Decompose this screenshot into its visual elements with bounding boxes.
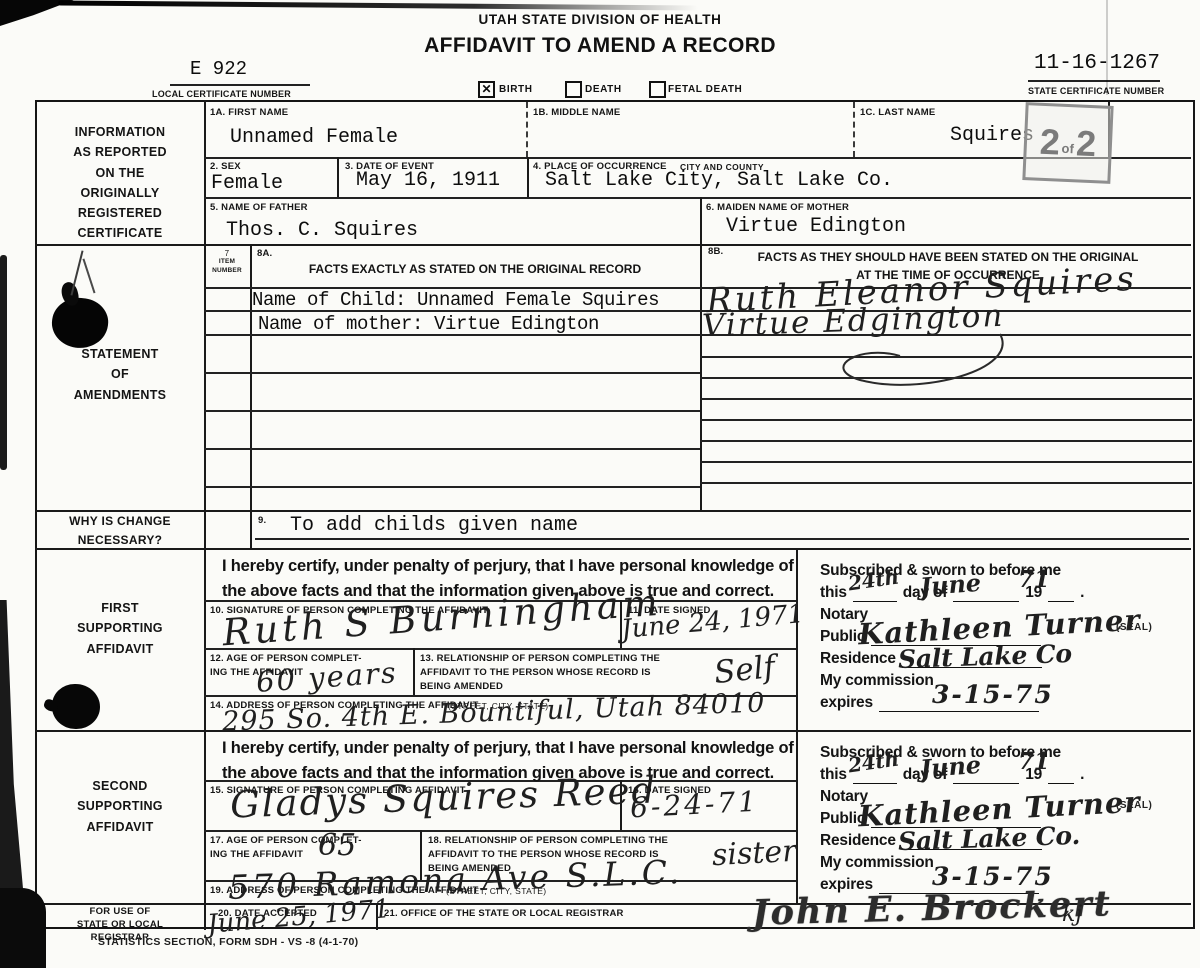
sidebar-second-affidavit: SECOND SUPPORTING AFFIDAVIT bbox=[38, 776, 202, 837]
grid-line-h bbox=[35, 730, 1191, 732]
grid-line-h bbox=[204, 830, 796, 832]
grid-line-h bbox=[35, 548, 1191, 550]
state-certificate-number: 11-16-1267 bbox=[1034, 52, 1160, 75]
father-name-value: Thos. C. Squires bbox=[226, 219, 418, 242]
amendment-row-original: Name of mother: Virtue Edington bbox=[258, 313, 599, 335]
birth-checkbox: ✕ bbox=[478, 81, 495, 98]
grid-line-h bbox=[204, 448, 700, 450]
age2-handwriting: 65 bbox=[318, 828, 356, 863]
reason-value: To add childs given name bbox=[290, 514, 578, 537]
notary-this: this bbox=[820, 766, 847, 784]
grid-line-h bbox=[204, 486, 700, 488]
sidebar-statement-of-amendments: STATEMENT OF AMENDMENTS bbox=[38, 344, 202, 405]
page-stamp-mid: of bbox=[1061, 140, 1074, 156]
registrar-initials-handwriting: kj bbox=[1062, 902, 1082, 927]
grid-line-v bbox=[413, 648, 415, 695]
scan-artifact-left-edge bbox=[0, 600, 30, 968]
notary-this: this bbox=[820, 584, 847, 602]
fetal-death-checkbox bbox=[649, 81, 666, 98]
grid-line-h bbox=[35, 244, 1191, 246]
item-col-label: ITEM NUMBER bbox=[204, 258, 250, 276]
sex-value: Female bbox=[211, 172, 283, 195]
notary-period: . bbox=[1080, 766, 1084, 784]
grid-line-v bbox=[700, 197, 702, 244]
local-certificate-number: E 922 bbox=[190, 58, 247, 80]
page-count-stamp: 2 of 2 bbox=[1022, 102, 1113, 184]
grid-line-v bbox=[527, 157, 529, 197]
grid-line-v bbox=[526, 102, 528, 157]
scan-artifact-left-edge bbox=[0, 255, 7, 470]
commission-word: My commission bbox=[820, 854, 934, 872]
seal-label: (SEAL) bbox=[1116, 800, 1152, 811]
year-blank bbox=[1048, 586, 1074, 602]
grid-line-h bbox=[255, 538, 1189, 540]
date-signed2-handwriting: 6-24-71 bbox=[629, 785, 760, 825]
mother-name-value: Virtue Edington bbox=[726, 215, 906, 238]
grid-line-h bbox=[204, 410, 700, 412]
page-stamp-left: 2 bbox=[1039, 121, 1061, 164]
amendment-row-original: Name of Child: Unnamed Female Squires bbox=[252, 289, 659, 311]
page-title: AFFIDAVIT TO AMEND A RECORD bbox=[0, 34, 1200, 58]
notary-period: . bbox=[1080, 584, 1084, 602]
middle-name-label: 1B. MIDDLE NAME bbox=[533, 106, 620, 120]
registrar-office-label: 21. OFFICE OF THE STATE OR LOCAL REGISTR… bbox=[384, 907, 624, 921]
page-stamp-right: 2 bbox=[1075, 122, 1097, 165]
notary-block-2: Subscribed & sworn to before me this day… bbox=[820, 740, 1130, 894]
grid-line-v bbox=[337, 157, 339, 197]
notary-month-handwriting: June bbox=[919, 750, 982, 783]
notary-residence-handwriting: Salt Lake Co bbox=[898, 639, 1073, 674]
form-number-footer: STATISTICS SECTION, FORM SDH - VS -8 (4-… bbox=[98, 936, 358, 948]
expires-word: expires bbox=[820, 694, 873, 712]
agency-name: UTAH STATE DIVISION OF HEALTH bbox=[0, 12, 1200, 27]
relationship1-label: 13. RELATIONSHIP OF PERSON COMPLETING TH… bbox=[420, 652, 660, 693]
first-name-label: 1A. FIRST NAME bbox=[210, 106, 288, 120]
death-checkbox-label: DEATH bbox=[585, 84, 622, 95]
last-name-label: 1C. LAST NAME bbox=[860, 106, 935, 120]
residence-word: Residence bbox=[820, 650, 896, 668]
seal-label: (SEAL) bbox=[1116, 622, 1152, 633]
first-name-value: Unnamed Female bbox=[230, 126, 398, 149]
grid-line-h bbox=[700, 440, 1192, 442]
mother-name-label: 6. MAIDEN NAME OF MOTHER bbox=[706, 201, 849, 215]
year-blank bbox=[1048, 768, 1074, 784]
scan-artifact-top-streak bbox=[58, 0, 698, 10]
commission-word: My commission bbox=[820, 672, 934, 690]
residence-word: Residence bbox=[820, 832, 896, 850]
grid-line-v bbox=[853, 102, 855, 157]
grid-line-h bbox=[204, 197, 1191, 199]
notary-month-handwriting: June bbox=[919, 568, 982, 601]
grid-line-v bbox=[204, 100, 206, 930]
father-name-label: 5. NAME OF FATHER bbox=[210, 201, 308, 215]
grid-line-h bbox=[204, 372, 700, 374]
grid-line-h bbox=[35, 510, 1191, 512]
grid-line-h bbox=[700, 398, 1192, 400]
relationship2-handwriting: sister bbox=[711, 834, 797, 873]
notary-block-1: Subscribed & sworn to before me this day… bbox=[820, 558, 1130, 712]
sidebar-original-info: INFORMATION AS REPORTED ON THE ORIGINALL… bbox=[38, 122, 202, 244]
col-8a-number: 8A. bbox=[257, 247, 272, 261]
col-8a-heading: FACTS EXACTLY AS STATED ON THE ORIGINAL … bbox=[250, 260, 700, 278]
sidebar-first-affidavit: FIRST SUPPORTING AFFIDAVIT bbox=[38, 598, 202, 659]
birth-checkbox-label: BIRTH bbox=[499, 84, 533, 95]
relationship1-handwriting: Self bbox=[712, 649, 776, 691]
notary-year-handwriting: 71 bbox=[1018, 566, 1050, 593]
grid-line-h bbox=[700, 482, 1192, 484]
grid-line-h bbox=[700, 356, 1192, 358]
reason-number: 9. bbox=[258, 514, 266, 528]
underline bbox=[1028, 80, 1160, 82]
death-checkbox bbox=[565, 81, 582, 98]
grid-line-h bbox=[700, 419, 1192, 421]
grid-line-h bbox=[700, 377, 1192, 379]
grid-line-h bbox=[700, 461, 1192, 463]
date-of-event-value: May 16, 1911 bbox=[356, 169, 500, 192]
scanned-affidavit-page: UTAH STATE DIVISION OF HEALTH AFFIDAVIT … bbox=[0, 0, 1200, 968]
state-certificate-label: STATE CERTIFICATE NUMBER bbox=[1028, 85, 1164, 98]
last-name-value: Squires bbox=[950, 124, 1034, 147]
place-value: Salt Lake City, Salt Lake Co. bbox=[545, 169, 893, 192]
sidebar-why-change: WHY IS CHANGE NECESSARY? bbox=[38, 512, 202, 551]
underline bbox=[170, 84, 310, 86]
fetal-death-checkbox-label: FETAL DEATH bbox=[668, 84, 742, 95]
notary-year-handwriting: 71 bbox=[1018, 748, 1050, 775]
notary-expires-handwriting: 3-15-75 bbox=[932, 680, 1054, 709]
